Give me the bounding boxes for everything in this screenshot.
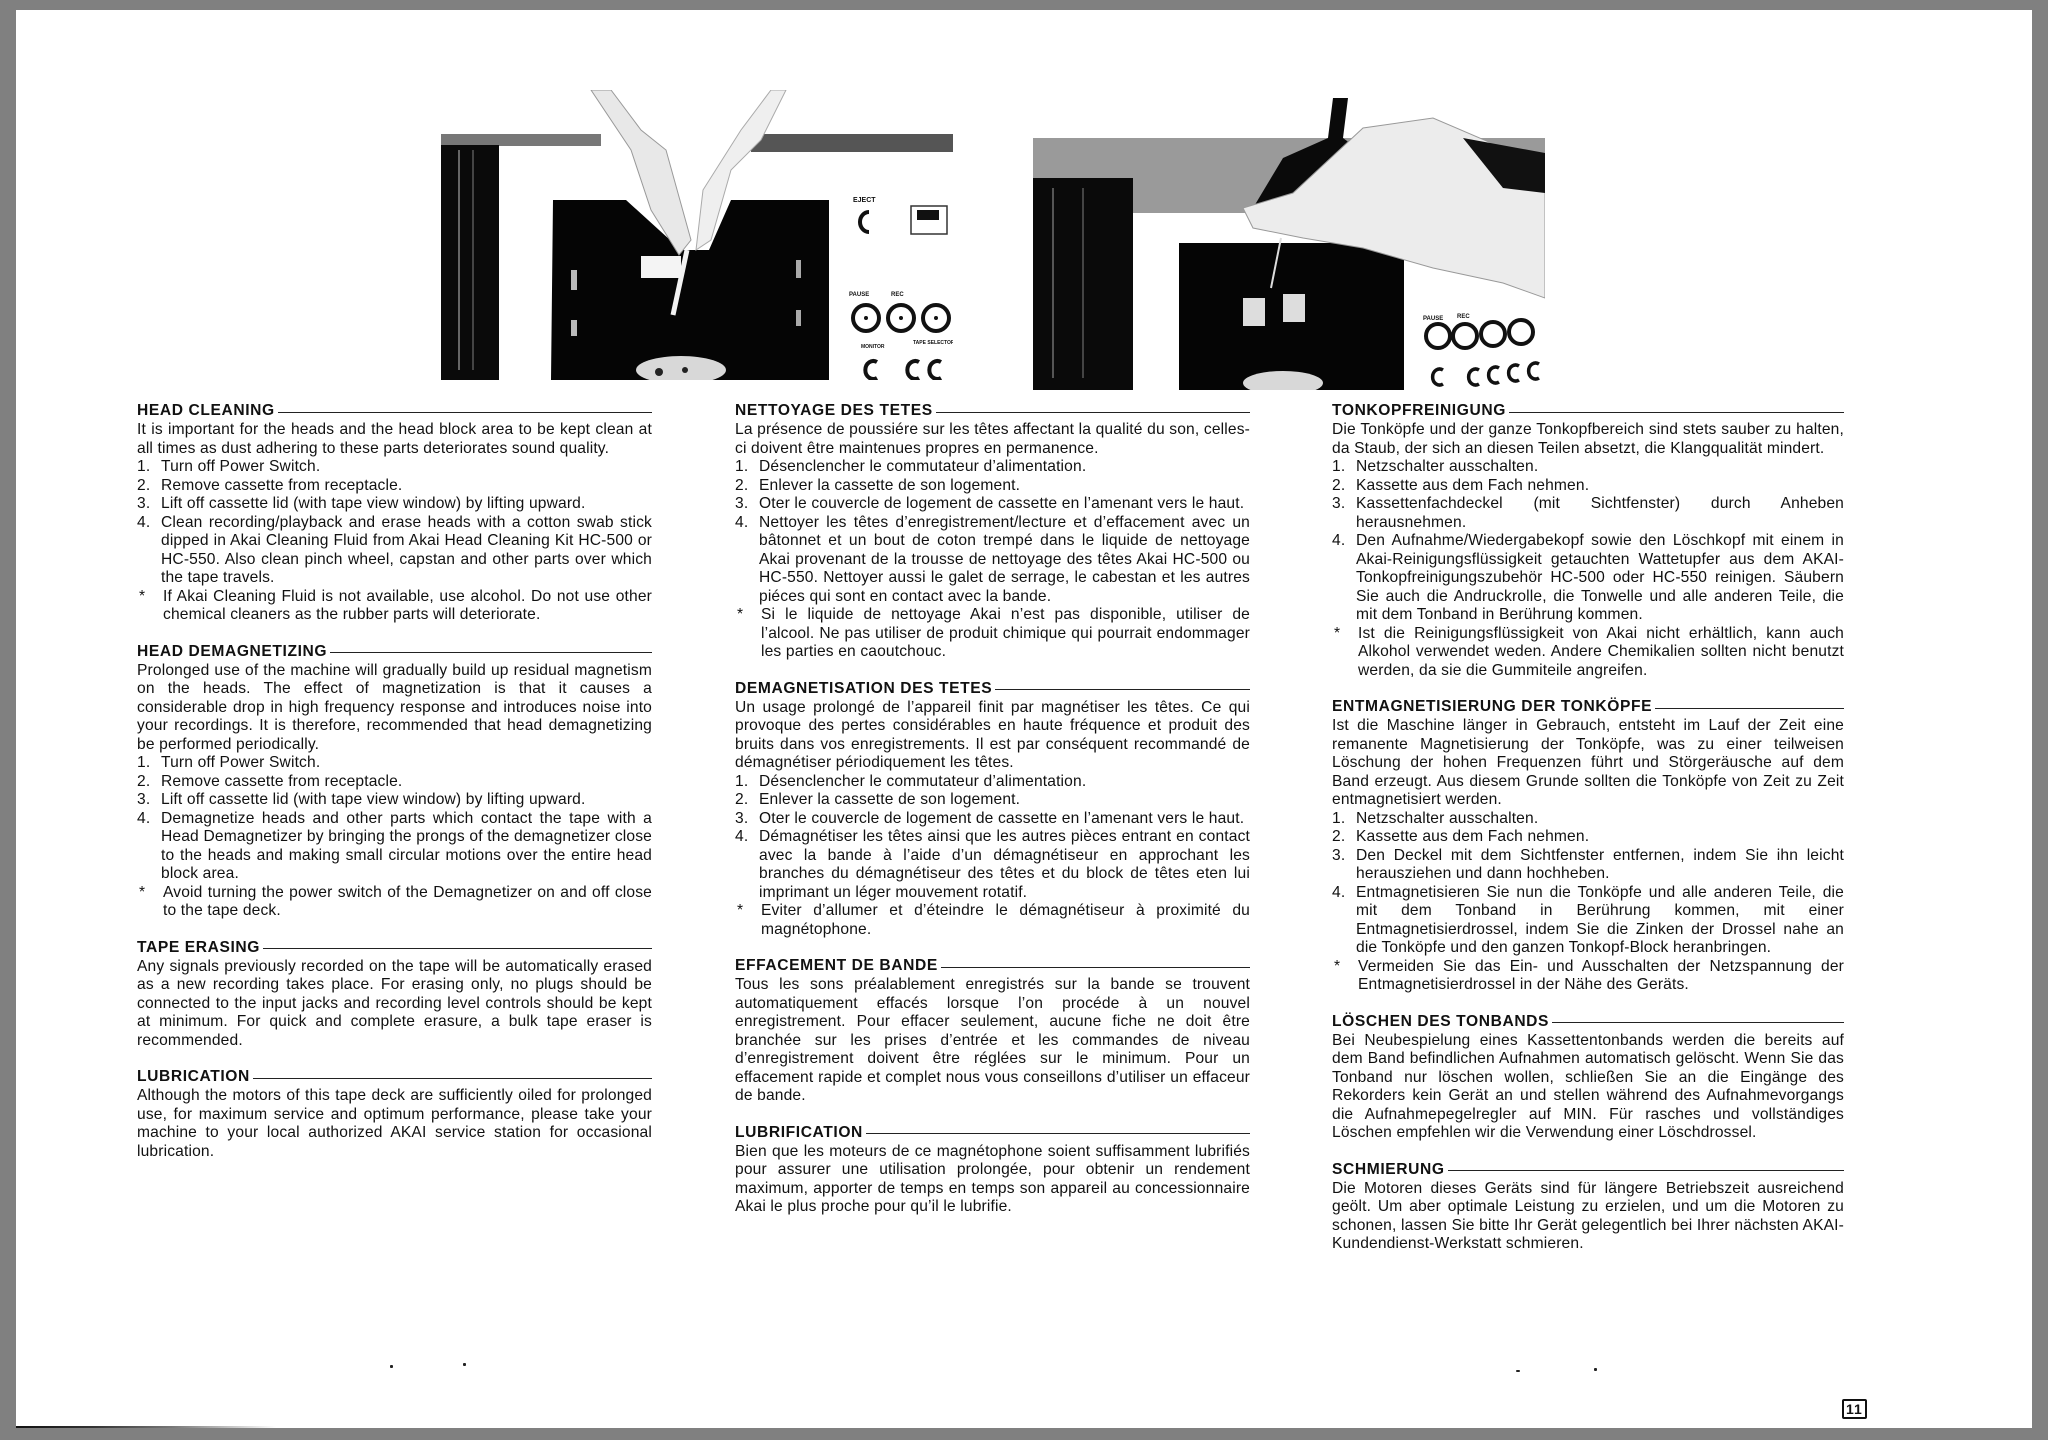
step-item: 1.Netzschalter ausschalten. (1332, 458, 1844, 477)
step-item: 1.Désenclencher le commutateur d’aliment… (735, 458, 1250, 477)
heading-rule (1509, 412, 1844, 413)
step-item: 2.Remove cassette from receptacle. (137, 773, 652, 792)
svg-text:PAUSE: PAUSE (849, 292, 869, 298)
section-note: *Avoid turning the power switch of the D… (137, 884, 652, 921)
step-item: 2.Enlever la cassette de son logement. (735, 477, 1250, 496)
step-item: 4.Demagnetize heads and other parts whic… (137, 810, 652, 884)
svg-text:MONITOR: MONITOR (861, 344, 885, 350)
heading-rule (1552, 1022, 1844, 1023)
step-item: 1.Turn off Power Switch. (137, 754, 652, 773)
section-intro: It is important for the heads and the he… (137, 421, 652, 458)
page-number: 11 (1842, 1399, 1867, 1419)
heading-rule (253, 1078, 652, 1079)
svg-text:EJECT: EJECT (853, 197, 876, 204)
step-item: 3.Oter le couvercle de logement de casse… (735, 495, 1250, 514)
steps-list: 1.Turn off Power Switch. 2.Remove casset… (137, 458, 652, 588)
section-intro: Tous les sons préalablement enregistrés … (735, 976, 1250, 1106)
section-heading: DEMAGNETISATION DES TETES (735, 680, 1250, 699)
cotton-swab-cleaning-illustration: EJECT PAUSE REC MONITOR TAPE SELECTOR (441, 90, 953, 380)
print-speck (390, 1365, 393, 1368)
head-cleaning-photo: EJECT PAUSE REC MONITOR TAPE SELECTOR (441, 90, 953, 380)
section-heading: TAPE ERASING (137, 939, 652, 958)
heading-rule (936, 412, 1250, 413)
heading-rule (995, 689, 1250, 690)
step-item: 2.Enlever la cassette de son logement. (735, 791, 1250, 810)
step-item: 2.Kassette aus dem Fach nehmen. (1332, 828, 1844, 847)
steps-list: 1.Netzschalter ausschalten. 2.Kassette a… (1332, 810, 1844, 958)
heading-rule (866, 1133, 1250, 1134)
asterisk-icon: * (735, 606, 761, 662)
lubrification-section: LUBRIFICATION Bien que les moteurs de ce… (735, 1124, 1250, 1217)
heading-rule (330, 652, 652, 653)
schmierung-section: SCHMIERUNG Die Motoren dieses Geräts sin… (1332, 1161, 1844, 1254)
section-heading: HEAD DEMAGNETIZING (137, 643, 652, 662)
section-heading: ENTMAGNETISIERUNG DER TONKÖPFE (1332, 698, 1844, 717)
print-speck (463, 1363, 466, 1366)
asterisk-icon: * (1332, 958, 1358, 995)
step-item: 3.Lift off cassette lid (with tape view … (137, 791, 652, 810)
demagnetizer-illustration: PAUSE REC (1033, 98, 1545, 390)
svg-text:PAUSE: PAUSE (1423, 316, 1443, 322)
steps-list: 1.Netzschalter ausschalten. 2.Kassette a… (1332, 458, 1844, 625)
step-item: 4.Clean recording/playback and erase hea… (137, 514, 652, 588)
demagnetisation-section: DEMAGNETISATION DES TETES Un usage prolo… (735, 680, 1250, 940)
steps-list: 1.Désenclencher le commutateur d’aliment… (735, 458, 1250, 606)
step-item: 4.Entmagnetisieren Sie nun die Tonköpfe … (1332, 884, 1844, 958)
asterisk-icon: * (1332, 625, 1358, 681)
section-intro: La présence de poussiére sur les têtes a… (735, 421, 1250, 458)
head-cleaning-section: HEAD CLEANING It is important for the he… (137, 402, 652, 625)
step-item: 3.Den Deckel mit dem Sichtfenster entfer… (1332, 847, 1844, 884)
effacement-section: EFFACEMENT DE BANDE Tous les sons préala… (735, 957, 1250, 1106)
step-item: 2.Kassette aus dem Fach nehmen. (1332, 477, 1844, 496)
section-heading: HEAD CLEANING (137, 402, 652, 421)
steps-list: 1.Turn off Power Switch. 2.Remove casset… (137, 754, 652, 884)
section-intro: Un usage prolongé de l’appareil finit pa… (735, 699, 1250, 773)
manual-page: EJECT PAUSE REC MONITOR TAPE SELECTOR (16, 10, 2032, 1428)
step-item: 4.Nettoyer les têtes d’enregistrement/le… (735, 514, 1250, 607)
section-note: *If Akai Cleaning Fluid is not available… (137, 588, 652, 625)
section-note: *Eviter d’allumer et d’éteindre le démag… (735, 902, 1250, 939)
scan-edge-streak (16, 1426, 276, 1428)
heading-rule (1655, 708, 1844, 709)
print-speck (1516, 1370, 1520, 1372)
section-intro: Bien que les moteurs de ce magnétophone … (735, 1143, 1250, 1217)
section-heading: SCHMIERUNG (1332, 1161, 1844, 1180)
step-item: 1.Netzschalter ausschalten. (1332, 810, 1844, 829)
section-heading: LÖSCHEN DES TONBANDS (1332, 1013, 1844, 1032)
section-heading: EFFACEMENT DE BANDE (735, 957, 1250, 976)
section-intro: Die Tonköpfe und der ganze Tonkopfbereic… (1332, 421, 1844, 458)
section-intro: Die Motoren dieses Geräts sind für länge… (1332, 1180, 1844, 1254)
step-item: 1.Turn off Power Switch. (137, 458, 652, 477)
section-intro: Ist die Maschine länger in Gebrauch, ent… (1332, 717, 1844, 810)
section-heading: LUBRICATION (137, 1068, 652, 1087)
step-item: 3.Kassettenfachdeckel (mit Sichtfenster)… (1332, 495, 1844, 532)
section-heading: LUBRIFICATION (735, 1124, 1250, 1143)
section-heading: TONKOPFREINIGUNG (1332, 402, 1844, 421)
step-item: 3.Oter le couvercle de logement de casse… (735, 810, 1250, 829)
section-intro: Although the motors of this tape deck ar… (137, 1087, 652, 1161)
steps-list: 1.Désenclencher le commutateur d’aliment… (735, 773, 1250, 903)
print-speck (1594, 1368, 1597, 1371)
german-column: TONKOPFREINIGUNG Die Tonköpfe und der ga… (1332, 402, 1844, 1272)
head-demagnetizing-photo: PAUSE REC (1033, 98, 1545, 390)
svg-text:TAPE SELECTOR: TAPE SELECTOR (913, 340, 953, 346)
asterisk-icon: * (137, 884, 163, 921)
section-intro: Bei Neubespielung eines Kassettentonband… (1332, 1032, 1844, 1143)
step-item: 4.Den Aufnahme/Wiedergabekopf sowie den … (1332, 532, 1844, 625)
section-note: *Vermeiden Sie das Ein- und Ausschalten … (1332, 958, 1844, 995)
head-demagnetizing-section: HEAD DEMAGNETIZING Prolonged use of the … (137, 643, 652, 921)
asterisk-icon: * (137, 588, 163, 625)
entmagnetisierung-section: ENTMAGNETISIERUNG DER TONKÖPFE Ist die M… (1332, 698, 1844, 995)
heading-rule (941, 967, 1250, 968)
heading-rule (1448, 1170, 1844, 1171)
tape-erasing-section: TAPE ERASING Any signals previously reco… (137, 939, 652, 1051)
svg-text:REC: REC (1457, 314, 1470, 320)
step-item: 1.Désenclencher le commutateur d’aliment… (735, 773, 1250, 792)
heading-rule (278, 412, 652, 413)
tonkopfreinigung-section: TONKOPFREINIGUNG Die Tonköpfe und der ga… (1332, 402, 1844, 680)
section-heading: NETTOYAGE DES TETES (735, 402, 1250, 421)
asterisk-icon: * (735, 902, 761, 939)
step-item: 3.Lift off cassette lid (with tape view … (137, 495, 652, 514)
svg-text:REC: REC (891, 292, 904, 298)
section-note: *Si le liquide de nettoyage Akai n’est p… (735, 606, 1250, 662)
step-item: 2.Remove cassette from receptacle. (137, 477, 652, 496)
step-item: 4.Démagnétiser les têtes ainsi que les a… (735, 828, 1250, 902)
section-note: *Ist die Reinigungsflüssigkeit von Akai … (1332, 625, 1844, 681)
english-column: HEAD CLEANING It is important for the he… (137, 402, 652, 1179)
lubrication-section: LUBRICATION Although the motors of this … (137, 1068, 652, 1161)
section-intro: Any signals previously recorded on the t… (137, 958, 652, 1051)
nettoyage-section: NETTOYAGE DES TETES La présence de pouss… (735, 402, 1250, 662)
heading-rule (263, 948, 652, 949)
french-column: NETTOYAGE DES TETES La présence de pouss… (735, 402, 1250, 1235)
section-intro: Prolonged use of the machine will gradua… (137, 662, 652, 755)
loeschen-section: LÖSCHEN DES TONBANDS Bei Neubespielung e… (1332, 1013, 1844, 1143)
